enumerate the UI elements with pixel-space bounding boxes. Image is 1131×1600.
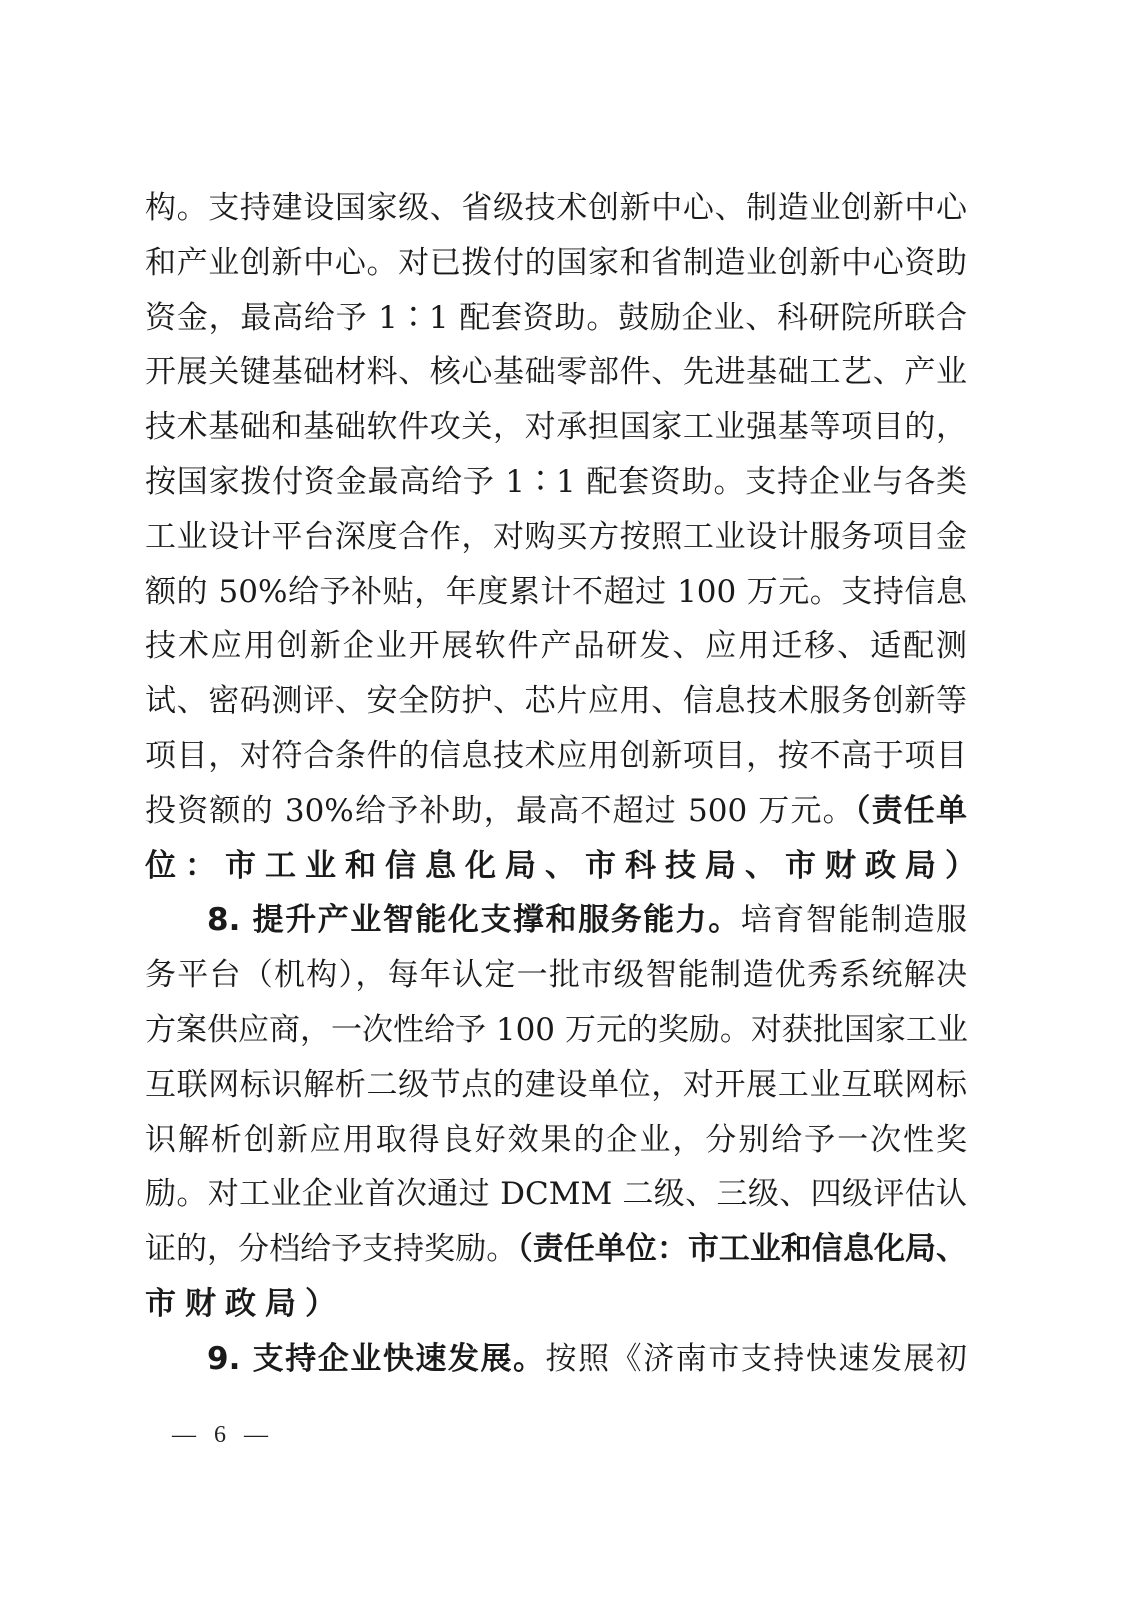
text-line: 励。对工业企业首次通过 DCMM 二级、三级、四级评估认 — [145, 1167, 967, 1222]
document-body: 构。支持建设国家级、省级技术创新中心、制造业创新中心 和产业创新中心。对已拨付的… — [145, 181, 967, 1387]
text-line: 识解析创新应用取得良好效果的企业，分别给予一次性奖 — [145, 1113, 967, 1168]
text-segment: 资金，最高给予 1∶1 配套资助。鼓励企业、科研院所联合 — [145, 300, 967, 336]
text-line: 互联网标识解析二级节点的建设单位，对开展工业互联网标 — [145, 1058, 967, 1113]
text-line: 工业设计平台深度合作，对购买方按照工业设计服务项目金 — [145, 510, 967, 565]
text-segment: 励。对工业企业首次通过 DCMM 二级、三级、四级评估认 — [145, 1176, 967, 1212]
responsible-unit-text: 位：市工业和信息化局、市科技局、市财政局） — [145, 848, 985, 884]
text-line: 技术基础和基础软件攻关，对承担国家工业强基等项目的， — [145, 400, 967, 455]
text-segment: 识解析创新应用取得良好效果的企业，分别给予一次性奖 — [145, 1122, 967, 1158]
text-segment: 方案供应商，一次性给予 100 万元的奖励。对获批国家工业 — [145, 1012, 968, 1048]
text-line: 和产业创新中心。对已拨付的国家和省制造业创新中心资助 — [145, 236, 967, 291]
text-line: 位：市工业和信息化局、市科技局、市财政局） — [145, 839, 967, 894]
text-segment: 开展关键基础材料、核心基础零部件、先进基础工艺、产业 — [145, 354, 967, 390]
text-line: 技术应用创新企业开展软件产品研发、应用迁移、适配测 — [145, 619, 967, 674]
text-line: 9. 支持企业快速发展。按照《济南市支持快速发展初 — [145, 1332, 967, 1387]
text-segment: 技术基础和基础软件攻关，对承担国家工业强基等项目的， — [145, 409, 967, 445]
text-line: 构。支持建设国家级、省级技术创新中心、制造业创新中心 — [145, 181, 967, 236]
text-segment: 务平台（机构），每年认定一批市级智能制造优秀系统解决 — [145, 957, 967, 993]
text-line: 证的，分档给予支持奖励。（责任单位：市工业和信息化局、 — [145, 1222, 967, 1277]
text-segment: 按照《济南市支持快速发展初 — [546, 1341, 967, 1377]
text-line: 务平台（机构），每年认定一批市级智能制造优秀系统解决 — [145, 948, 967, 1003]
text-segment: 项目，对符合条件的信息技术应用创新项目，按不高于项目 — [145, 738, 967, 774]
text-segment: 工业设计平台深度合作，对购买方按照工业设计服务项目金 — [145, 519, 967, 555]
text-segment: 技术应用创新企业开展软件产品研发、应用迁移、适配测 — [145, 628, 967, 664]
text-segment: 构。支持建设国家级、省级技术创新中心、制造业创新中心 — [145, 190, 967, 226]
text-segment: 和产业创新中心。对已拨付的国家和省制造业创新中心资助 — [145, 245, 967, 281]
text-segment: 证的，分档给予支持奖励。 — [145, 1231, 517, 1267]
text-line: 开展关键基础材料、核心基础零部件、先进基础工艺、产业 — [145, 345, 967, 400]
text-segment: 培育智能制造服 — [741, 902, 967, 938]
text-line: 按国家拨付资金最高给予 1∶1 配套资助。支持企业与各类 — [145, 455, 967, 510]
responsible-unit-text: （责任单位：市工业和信息化局、 — [517, 1231, 967, 1267]
text-segment: 按国家拨付资金最高给予 1∶1 配套资助。支持企业与各类 — [145, 464, 967, 500]
text-line: 试、密码测评、安全防护、芯片应用、信息技术服务创新等 — [145, 674, 967, 729]
text-segment: 互联网标识解析二级节点的建设单位，对开展工业互联网标 — [145, 1067, 967, 1103]
text-line: 市财政局） — [145, 1277, 967, 1332]
text-line: 额的 50%给予补贴，年度累计不超过 100 万元。支持信息 — [145, 565, 967, 620]
text-line: 资金，最高给予 1∶1 配套资助。鼓励企业、科研院所联合 — [145, 291, 967, 346]
text-segment: 额的 50%给予补贴，年度累计不超过 100 万元。支持信息 — [145, 574, 967, 610]
text-line: 项目，对符合条件的信息技术应用创新项目，按不高于项目 — [145, 729, 967, 784]
section-heading-8: 8. 提升产业智能化支撑和服务能力。 — [207, 902, 741, 938]
text-segment: 试、密码测评、安全防护、芯片应用、信息技术服务创新等 — [145, 683, 967, 719]
text-line: 投资额的 30%给予补助，最高不超过 500 万元。（责任单 — [145, 784, 967, 839]
text-line: 8. 提升产业智能化支撑和服务能力。培育智能制造服 — [145, 893, 967, 948]
responsible-unit-text: （责任单 — [855, 793, 967, 829]
page-number: — 6 — — [172, 1422, 270, 1449]
text-line: 方案供应商，一次性给予 100 万元的奖励。对获批国家工业 — [145, 1003, 967, 1058]
text-segment: 投资额的 30%给予补助，最高不超过 500 万元。 — [145, 793, 855, 829]
section-heading-9: 9. 支持企业快速发展。 — [207, 1341, 546, 1377]
responsible-unit-text: 市财政局） — [145, 1286, 345, 1322]
